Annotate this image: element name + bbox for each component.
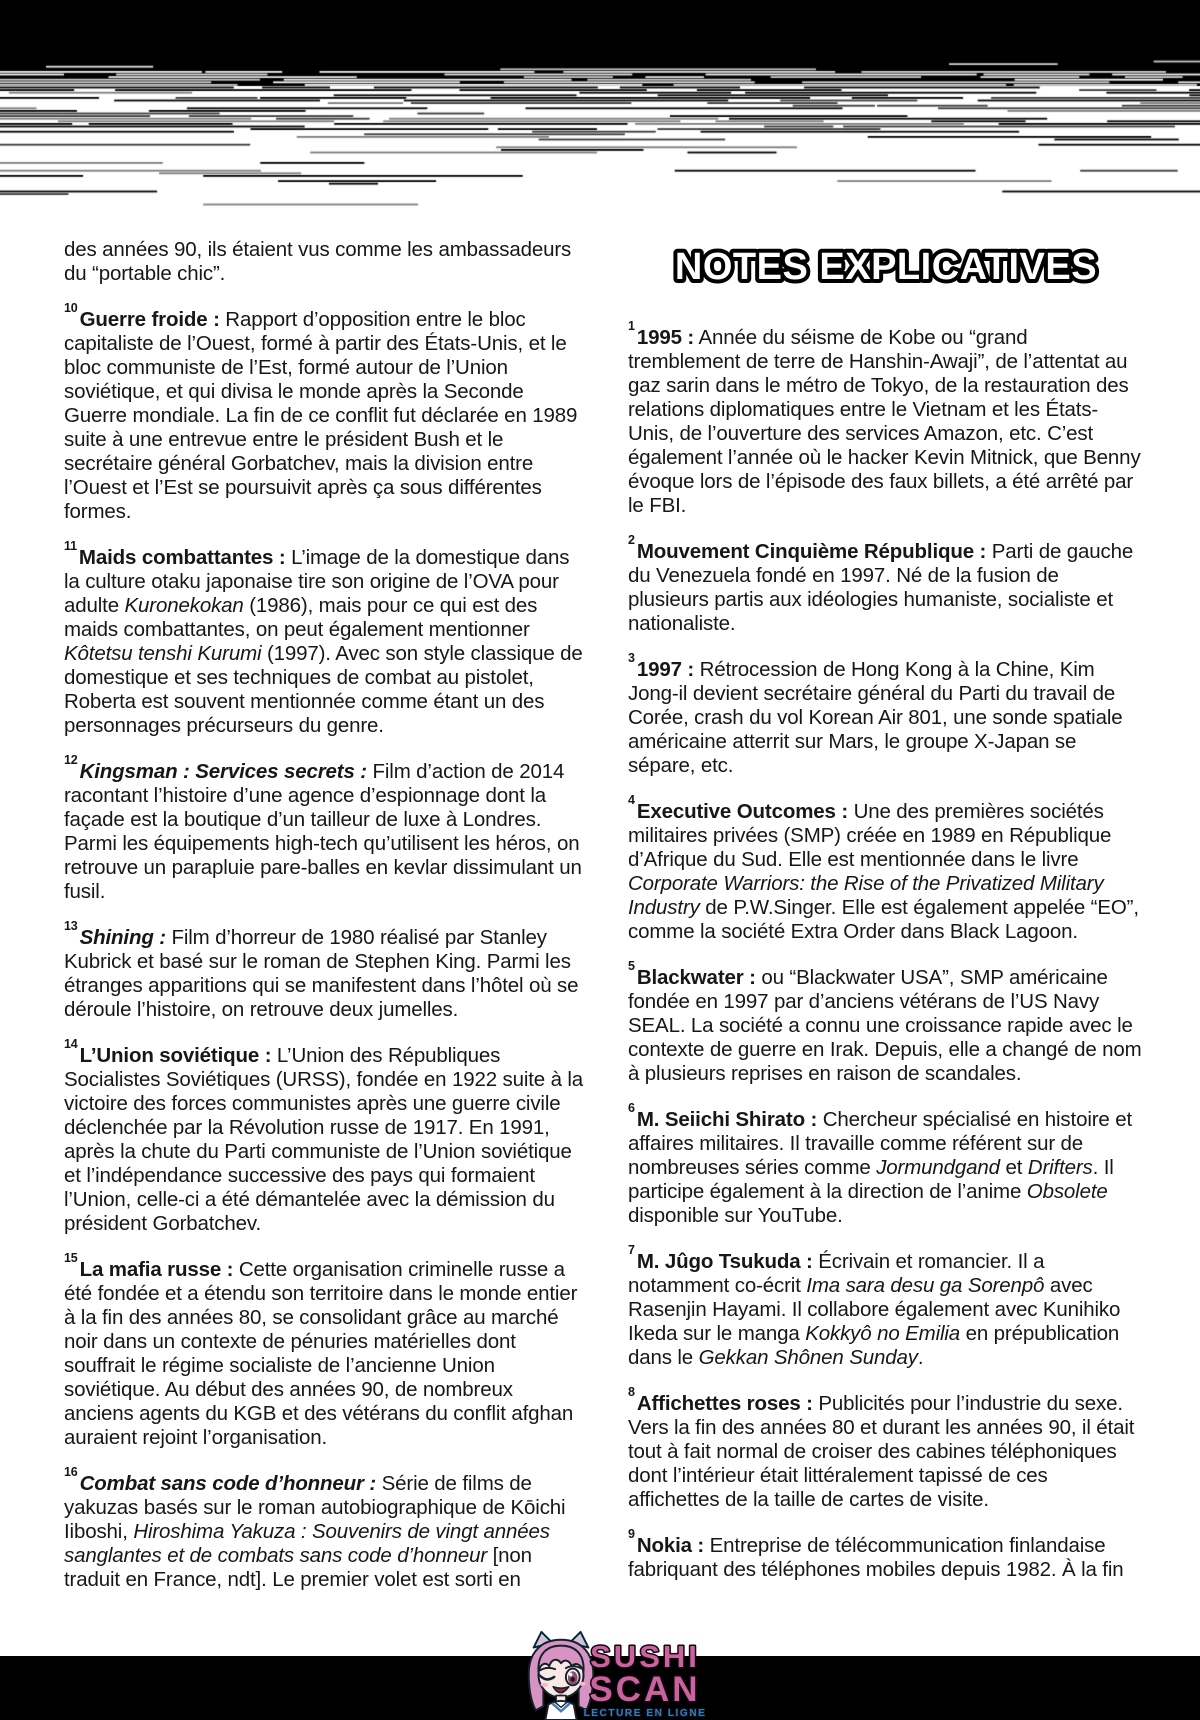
italic-title-text: Ima sara desu ga Sorenpô <box>806 1274 1044 1297</box>
note-15: 15La mafia russe : Cette organisation cr… <box>64 1258 586 1450</box>
note-title: Affichettes roses : <box>637 1392 813 1415</box>
left-column: des années 90, ils étaient vus comme les… <box>64 238 586 1614</box>
note-3: 31997 : Rétrocession de Hong Kong à la C… <box>628 658 1144 778</box>
note-number: 7 <box>628 1243 635 1257</box>
note-title: Kingsman : Services secrets : <box>80 760 367 783</box>
note-body-text: Rapport d’opposition entre le bloc capit… <box>64 308 577 523</box>
note-number: 6 <box>628 1101 635 1115</box>
scanline-transition-banner <box>0 0 1200 212</box>
note-body-text: . <box>918 1346 924 1369</box>
note-title: Shining : <box>80 926 166 949</box>
italic-title-text: Jormundgand <box>876 1156 1000 1179</box>
italic-title-text: Kokkyô no Emilia <box>805 1322 960 1345</box>
note-title: Guerre froide : <box>80 308 220 331</box>
note-body-text: et <box>1000 1156 1028 1179</box>
note-title: Executive Outcomes : <box>637 800 848 823</box>
logo-tagline: LECTURE EN LIGNE <box>584 1708 707 1719</box>
italic-title-text: Drifters <box>1028 1156 1093 1179</box>
note-number: 12 <box>64 753 78 767</box>
note-number: 2 <box>628 533 635 547</box>
note-number: 5 <box>628 959 635 973</box>
note-title: 1997 : <box>637 658 694 681</box>
note-number: 1 <box>628 319 635 333</box>
right-notes-list: 11995 : Année du séisme de Kobe ou “gran… <box>628 326 1144 1582</box>
italic-title-text: Obsolete <box>1027 1180 1108 1203</box>
note-6: 6M. Seiichi Shirato : Chercheur spéciali… <box>628 1108 1144 1228</box>
note-body-text: Rétrocession de Hong Kong à la Chine, Ki… <box>628 658 1122 777</box>
italic-title-text: Kôtetsu tenshi Kurumi <box>64 642 261 665</box>
note-body-text: L’Union des Républiques Socialistes Sovi… <box>64 1044 583 1235</box>
note-7: 7M. Jûgo Tsukuda : Écrivain et romancier… <box>628 1250 1144 1370</box>
note-10: 10Guerre froide : Rapport d’opposition e… <box>64 308 586 524</box>
note-2: 2Mouvement Cinquième République : Parti … <box>628 540 1144 636</box>
note-body-text: Année du séisme de Kobe ou “grand trembl… <box>628 326 1141 517</box>
note-title: Nokia : <box>637 1534 704 1557</box>
note-16: 16Combat sans code d’honneur : Série de … <box>64 1472 586 1592</box>
note-number: 3 <box>628 651 635 665</box>
note-number: 9 <box>628 1527 635 1541</box>
note-number: 11 <box>64 539 77 553</box>
note-13: 13Shining : Film d’horreur de 1980 réali… <box>64 926 586 1022</box>
note-body-text: disponible sur YouTube. <box>628 1204 843 1227</box>
note-number: 14 <box>64 1037 78 1051</box>
note-title: M. Seiichi Shirato : <box>637 1108 817 1131</box>
intro-paragraph: des années 90, ils étaient vus comme les… <box>64 238 586 286</box>
note-title: M. Jûgo Tsukuda : <box>637 1250 813 1273</box>
note-number: 15 <box>64 1251 78 1265</box>
note-number: 16 <box>64 1465 78 1479</box>
left-notes-list: 10Guerre froide : Rapport d’opposition e… <box>64 308 586 1592</box>
note-11: 11Maids combattantes : L’image de la dom… <box>64 546 586 738</box>
note-5: 5Blackwater : ou “Blackwater USA”, SMP a… <box>628 966 1144 1086</box>
italic-title-text: Hiroshima Yakuza : Souvenirs de vingt an… <box>64 1520 550 1567</box>
note-14: 14L’Union soviétique : L’Union des Répub… <box>64 1044 586 1236</box>
note-8: 8Affichettes roses : Publicités pour l’i… <box>628 1392 1144 1512</box>
note-number: 10 <box>64 301 78 315</box>
italic-title-text: Gekkan Shônen Sunday <box>699 1346 918 1369</box>
note-number: 13 <box>64 919 78 933</box>
note-9: 9Nokia : Entreprise de télécommunication… <box>628 1534 1144 1582</box>
note-number: 4 <box>628 793 635 807</box>
logo-word-scan: SCAN <box>589 1670 700 1709</box>
note-title: 1995 : <box>637 326 694 349</box>
note-title: Blackwater : <box>637 966 756 989</box>
blush-left <box>540 1683 548 1687</box>
note-title: Combat sans code d’honneur : <box>80 1472 377 1495</box>
note-4: 4Executive Outcomes : Une des premières … <box>628 800 1144 944</box>
note-number: 8 <box>628 1385 635 1399</box>
note-title: La mafia russe : <box>80 1258 234 1281</box>
logo-word-sushi: SUSHI <box>590 1639 700 1674</box>
right-column: NOTES EXPLICATIVES 11995 : Année du séis… <box>628 234 1144 1604</box>
note-title: L’Union soviétique : <box>80 1044 272 1067</box>
note-title: Mouvement Cinquième République : <box>637 540 986 563</box>
note-body-text: Cette organisation criminelle russe a ét… <box>64 1258 577 1449</box>
sushi-scan-logo: SUSHI SCAN LECTURE EN LIGNE <box>575 1638 715 1720</box>
note-title: Maids combattantes : <box>79 546 286 569</box>
note-body-text: de P.W.Singer. Elle est également appelé… <box>628 896 1139 943</box>
note-1: 11995 : Année du séisme de Kobe ou “gran… <box>628 326 1144 518</box>
manga-notes-page: des années 90, ils étaient vus comme les… <box>0 0 1200 1720</box>
notes-explicatives-title: NOTES EXPLICATIVES <box>651 236 1121 294</box>
mascot-body <box>545 1696 576 1720</box>
page-title: NOTES EXPLICATIVES <box>675 246 1097 288</box>
italic-title-text: Kuronekokan <box>125 594 244 617</box>
note-12: 12Kingsman : Services secrets : Film d’a… <box>64 760 586 904</box>
